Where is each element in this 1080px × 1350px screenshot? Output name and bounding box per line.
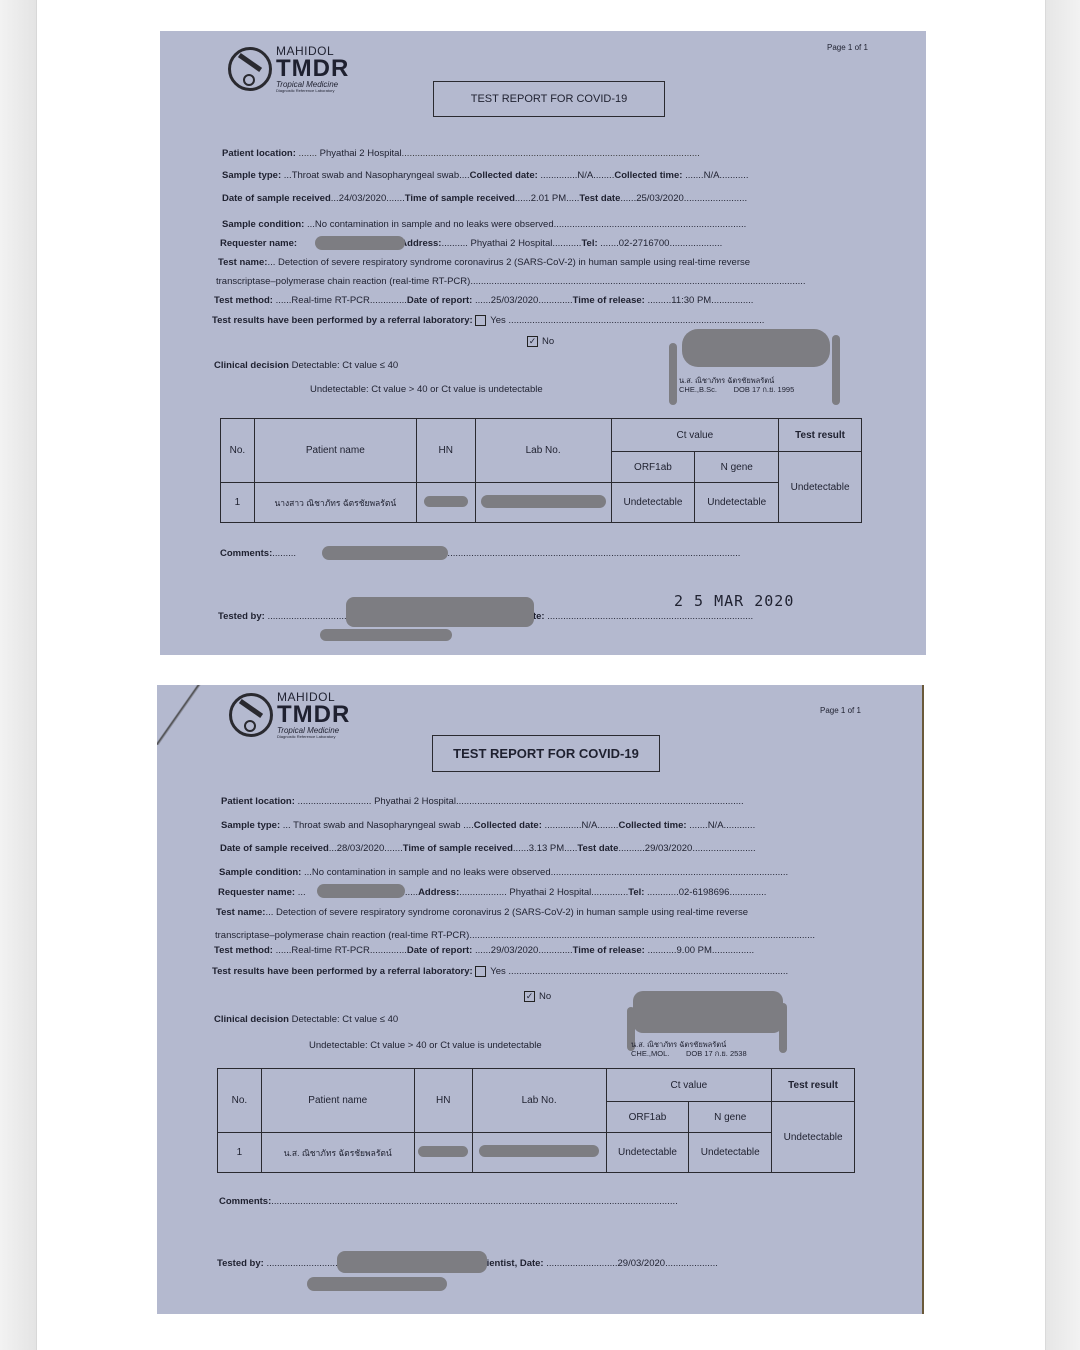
referral-line: Test results have been performed by a re…	[212, 315, 764, 326]
table-row: 1 น.ส. ณิชาภัทร ฉัตรชัยพลรัตน์ Undetecta…	[218, 1133, 855, 1173]
report-page-1: MAHIDOL TMDR Tropical Medicine Diagnosti…	[160, 31, 926, 655]
col-patient-name: Patient name	[261, 1069, 414, 1133]
referral-line: Test results have been performed by a re…	[212, 966, 788, 977]
cell-hn-redacted	[414, 1133, 472, 1173]
cell-lab-no-redacted	[472, 1133, 606, 1173]
requester-line: Requester name: ... .........Address:...…	[218, 887, 766, 898]
logo-text-tmdr: TMDR	[276, 57, 349, 81]
cell-n-gene: Undetectable	[689, 1133, 772, 1173]
sample-type-line: Sample type: ...Throat swab and Nasophar…	[222, 170, 748, 181]
referral-no-option: ✓No	[524, 991, 551, 1002]
table-row: 1 นางสาว ณิชาภัทร ฉัตรชัยพลรัตน์ Undetec…	[221, 483, 862, 523]
test-name-line-2: transcriptase–polymerase chain reaction …	[215, 930, 815, 941]
microscope-logo-icon	[228, 47, 272, 91]
cell-patient-name: น.ส. ณิชาภัทร ฉัตรชัยพลรัตน์	[261, 1133, 414, 1173]
cell-lab-no-redacted	[475, 483, 611, 523]
col-orf1ab: ORF1ab	[606, 1102, 689, 1133]
cell-test-result: Undetectable	[779, 452, 862, 523]
page-number: Page 1 of 1	[820, 706, 861, 715]
results-table: No. Patient name HN Lab No. Ct value Tes…	[217, 1068, 855, 1173]
redacted-signature-bar	[779, 1003, 787, 1053]
redacted-requester	[317, 884, 405, 898]
col-n-gene: N gene	[695, 452, 779, 483]
page-number: Page 1 of 1	[827, 43, 868, 52]
redacted-requester	[315, 236, 405, 250]
mahidol-tmdr-logo: MAHIDOL TMDR Tropical Medicine Diagnosti…	[228, 45, 349, 93]
col-hn: HN	[416, 419, 475, 483]
col-lab-no: Lab No.	[475, 419, 611, 483]
cell-orf1ab: Undetectable	[606, 1133, 689, 1173]
cell-orf1ab: Undetectable	[611, 483, 695, 523]
redacted-signature-bar	[669, 343, 677, 405]
test-method-line: Test method: ......Real-time RT-PCR.....…	[214, 295, 753, 306]
redacted-comment	[322, 546, 448, 560]
referral-yes-checkbox[interactable]	[475, 966, 486, 977]
logo-text-tmdr: TMDR	[277, 703, 350, 727]
col-ct-value: Ct value	[606, 1069, 772, 1102]
col-lab-no: Lab No.	[472, 1069, 606, 1133]
cell-no: 1	[218, 1133, 262, 1173]
cell-patient-name: นางสาว ณิชาภัทร ฉัตรชัยพลรัตน์	[254, 483, 416, 523]
signature-caption: น.ส. ณิชาภัทร ฉัตรชัยพลรัตน์ CHE.,MOL. D…	[631, 1041, 747, 1058]
cell-hn-redacted	[416, 483, 475, 523]
cell-test-result: Undetectable	[772, 1102, 855, 1173]
test-name-line: Test name:... Detection of severe respir…	[216, 907, 748, 918]
col-no: No.	[221, 419, 255, 483]
sample-type-line: Sample type: ... Throat swab and Nasopha…	[221, 820, 755, 831]
referral-yes-checkbox[interactable]	[475, 315, 486, 326]
sample-condition-line: Sample condition: ...No contamination in…	[222, 219, 746, 230]
comments-line: Comments:...............................…	[219, 1196, 678, 1207]
requester-line: Requester name: ....Address:.......... P…	[220, 238, 722, 249]
clinical-decision-line: Clinical decision Detectable: Ct value ≤…	[214, 1014, 398, 1025]
col-orf1ab: ORF1ab	[611, 452, 695, 483]
cell-no: 1	[221, 483, 255, 523]
referral-no-checkbox-checked[interactable]: ✓	[524, 991, 535, 1002]
test-name-line-2: transcriptase–polymerase chain reaction …	[216, 276, 806, 287]
sample-received-line: Date of sample received...24/03/2020....…	[222, 193, 747, 204]
report-page-2: MAHIDOL TMDR Tropical Medicine Diagnosti…	[157, 685, 924, 1314]
logo-text-lab: Diagnostic Reference Laboratory	[276, 89, 349, 93]
paper-crease	[157, 685, 203, 745]
sample-condition-line: Sample condition: ...No contamination in…	[219, 867, 788, 878]
comments-line: Comments:...............................…	[220, 548, 740, 559]
test-method-line: Test method: ......Real-time RT-PCR.....…	[214, 945, 754, 956]
report-title: TEST REPORT FOR COVID-19	[432, 735, 660, 772]
redacted-tester-line-2	[320, 629, 452, 641]
cell-n-gene: Undetectable	[695, 483, 779, 523]
clinical-decision-line: Clinical decision Detectable: Ct value ≤…	[214, 360, 398, 371]
col-no: No.	[218, 1069, 262, 1133]
redacted-signature	[633, 991, 783, 1033]
redacted-signature-bar	[832, 335, 840, 405]
col-ct-value: Ct value	[611, 419, 779, 452]
signature-caption: น.ส. ณิชาภัทร ฉัตรชัยพลรัตน์ CHE.,B.Sc. …	[679, 377, 794, 394]
col-patient-name: Patient name	[254, 419, 416, 483]
undetectable-criteria: Undetectable: Ct value > 40 or Ct value …	[310, 384, 543, 395]
undetectable-criteria: Undetectable: Ct value > 40 or Ct value …	[309, 1040, 542, 1051]
date-stamp: 2 5 MAR 2020	[674, 592, 794, 610]
microscope-logo-icon	[229, 693, 273, 737]
referral-no-option: ✓No	[527, 336, 554, 347]
sample-received-line: Date of sample received...28/03/2020....…	[220, 843, 756, 854]
col-test-result: Test result	[779, 419, 862, 452]
redacted-tester	[337, 1251, 487, 1273]
redacted-signature	[682, 329, 830, 367]
mahidol-tmdr-logo: MAHIDOL TMDR Tropical Medicine Diagnosti…	[229, 691, 350, 739]
col-n-gene: N gene	[689, 1102, 772, 1133]
logo-text-lab: Diagnostic Reference Laboratory	[277, 735, 350, 739]
report-title: TEST REPORT FOR COVID-19	[433, 81, 665, 117]
viewer-right-margin	[1045, 0, 1080, 1350]
viewer-left-margin	[0, 0, 37, 1350]
patient-location-line: Patient location: ......................…	[221, 796, 744, 807]
redacted-tester-line-2	[307, 1277, 447, 1291]
col-hn: HN	[414, 1069, 472, 1133]
patient-location-line: Patient location: ....... Phyathai 2 Hos…	[222, 148, 700, 159]
test-name-line: Test name:... Detection of severe respir…	[218, 257, 750, 268]
redacted-tester	[346, 597, 534, 627]
referral-no-checkbox-checked[interactable]: ✓	[527, 336, 538, 347]
col-test-result: Test result	[772, 1069, 855, 1102]
results-table: No. Patient name HN Lab No. Ct value Tes…	[220, 418, 862, 523]
